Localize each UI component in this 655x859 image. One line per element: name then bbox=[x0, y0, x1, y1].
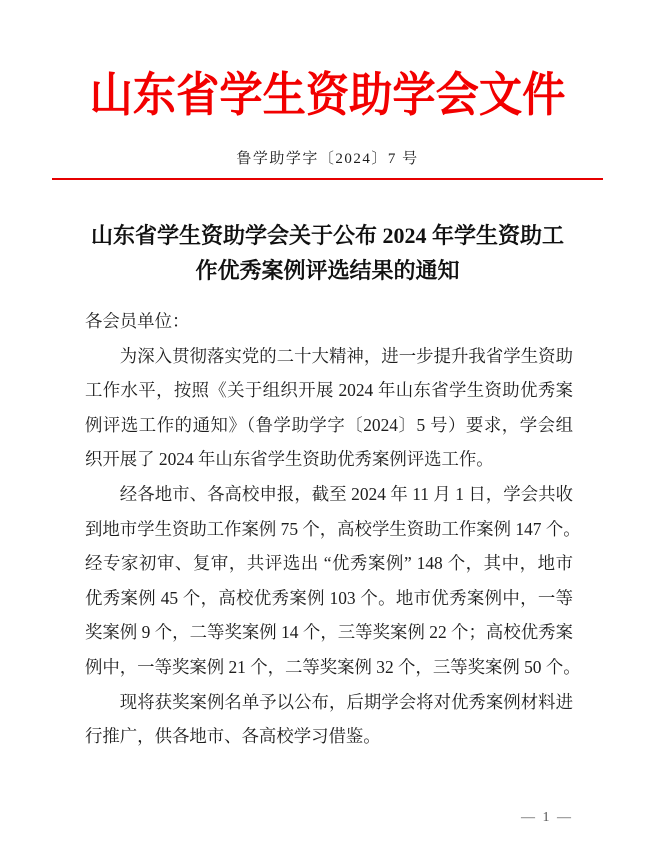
body-line: 例评选工作的通知》（鲁学助学字〔2024〕5 号）要求，学会组 bbox=[85, 408, 573, 443]
letterhead-org-title: 山东省学生资助学会文件 bbox=[26, 68, 629, 124]
body-line: 织开展了 2024 年山东省学生资助优秀案例评选工作。 bbox=[85, 442, 573, 477]
body-line: 为深入贯彻落实党的二十大精神，进一步提升我省学生资助 bbox=[85, 339, 573, 374]
document-body: 各会员单位： 为深入贯彻落实党的二十大精神，进一步提升我省学生资助 工作水平，按… bbox=[85, 304, 573, 754]
document-title-line2: 作优秀案例评选结果的通知 bbox=[0, 253, 655, 288]
body-line: 优秀案例 45 个，高校优秀案例 103 个。地市优秀案例中，一等 bbox=[85, 581, 573, 616]
body-line-salutation: 各会员单位： bbox=[85, 304, 573, 339]
page-number: — 1 — bbox=[85, 810, 573, 826]
document-title-line1: 山东省学生资助学会关于公布 2024 年学生资助工 bbox=[0, 218, 655, 253]
body-line: 例中，一等奖案例 21 个，二等奖案例 32 个，三等奖案例 50 个。 bbox=[85, 650, 573, 685]
document-page: 山东省学生资助学会文件 鲁学助学字〔2024〕7 号 山东省学生资助学会关于公布… bbox=[0, 0, 655, 859]
body-line: 经各地市、各高校申报，截至 2024 年 11 月 1 日，学会共收 bbox=[85, 477, 573, 512]
body-line: 行推广，供各地市、各高校学习借鉴。 bbox=[85, 719, 573, 754]
red-divider-line bbox=[52, 178, 603, 180]
document-title: 山东省学生资助学会关于公布 2024 年学生资助工 作优秀案例评选结果的通知 bbox=[0, 218, 655, 288]
body-line: 工作水平，按照《关于组织开展 2024 年山东省学生资助优秀案 bbox=[85, 373, 573, 408]
body-line: 奖案例 9 个，二等奖案例 14 个，三等奖案例 22 个；高校优秀案 bbox=[85, 615, 573, 650]
doc-number: 鲁学助学字〔2024〕7 号 bbox=[0, 148, 655, 170]
body-line: 现将获奖案例名单予以公布，后期学会将对优秀案例材料进 bbox=[85, 685, 573, 720]
body-line: 到地市学生资助工作案例 75 个，高校学生资助工作案例 147 个。 bbox=[85, 512, 573, 547]
body-line: 经专家初审、复审，共评选出 “优秀案例” 148 个，其中，地市 bbox=[85, 546, 573, 581]
